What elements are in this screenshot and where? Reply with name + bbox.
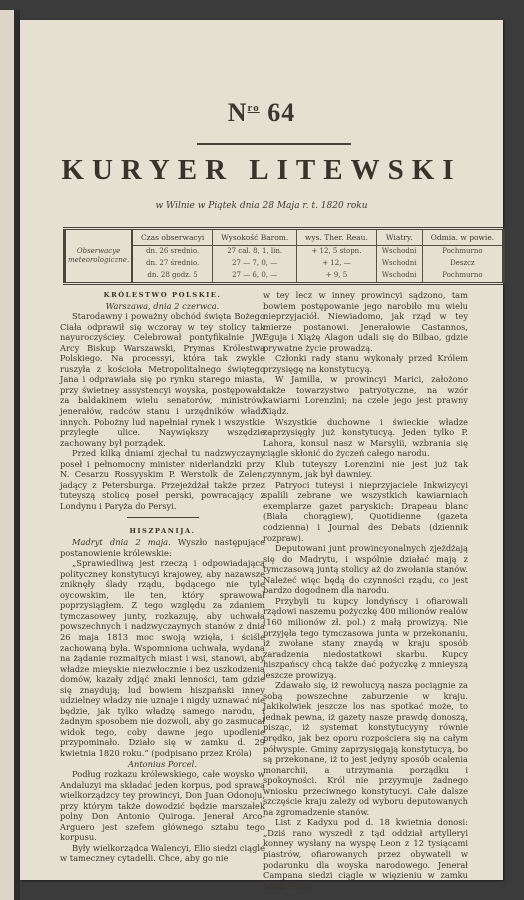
weather-cell: 27 — 6, 0, — [213, 270, 297, 282]
article-paragraph: Klub tuteyszy Lorenzini nie jest już tak… [263, 459, 468, 480]
signature: Antonius Porcel. [60, 759, 265, 770]
weather-cell: dn. 26 srednio. [132, 245, 212, 258]
weather-header: Wysokość Barom. [213, 230, 297, 245]
weather-cell: 27 cal. 8, 1, lin. [213, 245, 297, 258]
masthead-rule [197, 143, 351, 145]
article-paragraph: Starodawny i poważny obchód święta Bożeg… [60, 311, 265, 448]
weather-header: wys. Ther. Reau. [297, 230, 376, 245]
left-column: KRÓLESTWO POLSKIE. Warszawa, dnia 2 czer… [60, 290, 265, 864]
article-paragraph: Madryt dnia 2 maja. Wyszło następujące p… [60, 537, 265, 558]
weather-header: Odmia. w powie. [422, 230, 503, 245]
weather-cell: + 9, 5 [297, 270, 376, 282]
weather-cell: Wschodni [376, 270, 422, 282]
weather-cell: Wschodni [376, 258, 422, 270]
article-paragraph: w tey lecz w inney prowincyi sądzono, ta… [263, 290, 468, 353]
weather-cell: 27 — 7, 0, — [213, 258, 297, 270]
article-paragraph: Patryoci tuteysi i nieprzyjaciele Inkwiz… [263, 480, 468, 543]
weather-header: Wiatry. [376, 230, 422, 245]
article-paragraph: W Jamilla, w prowincyi Marici, założono … [263, 374, 468, 416]
weather-table: Obserwacye meteorologiczne. Czas obserwa… [63, 227, 505, 285]
masthead-title: KURYER LITEWSKI [20, 154, 503, 187]
weather-cell: dn. 28 godz. 5 [132, 270, 212, 282]
masthead-dateline: w Wilnie w Piątek dnia 28 Maja r. t. 182… [20, 201, 503, 211]
article-paragraph: Podług rozkazu królewskiego, całe woysko… [60, 769, 265, 843]
weather-cell: + 12, 5 stopn. [297, 245, 376, 258]
section-dateline-warsaw: Warszawa, dnia 2 czerwca. [60, 301, 265, 312]
issue-number-value: 64 [267, 98, 295, 127]
article-paragraph: Członki rady stanu wykonały przed Królem… [263, 353, 468, 374]
section-heading-poland: KRÓLESTWO POLSKIE. [60, 290, 265, 301]
article-paragraph: Deputowani junt prowincyonalnych zjeżdża… [263, 543, 468, 596]
issue-prefix: N [228, 98, 248, 127]
madrid-dateline: Madryt dnia 2 maja. [72, 537, 171, 547]
weather-cell: Pochmurno [422, 270, 503, 282]
issue-prefix-sup: ro [248, 102, 260, 114]
weather-cell: Deszcz [422, 258, 503, 270]
weather-cell: + 12, — [297, 258, 376, 270]
issue-number: Nro 64 [20, 98, 503, 128]
article-paragraph: List z Kadyxu pod d. 18 kwietnia donosi:… [263, 817, 468, 891]
article-paragraph: Przed kilką dniami zjechał tu nadzwyczay… [60, 448, 265, 511]
article-paragraph: Przybyli tu kupcy londyńscy i ofiarowali… [263, 596, 468, 680]
newspaper-page: Nro 64 KURYER LITEWSKI w Wilnie w Piątek… [20, 20, 503, 880]
article-paragraph: Wszystkie duchowne i świeckie władze zap… [263, 417, 468, 459]
adjacent-page-edge [0, 10, 14, 900]
article-paragraph: Zdawało się, iż rewolucyą nasza pociągni… [263, 680, 468, 817]
weather-cell: Pochmurno [422, 245, 503, 258]
right-column: w tey lecz w inney prowincyi sądzono, ta… [263, 290, 468, 891]
section-heading-spain: HISZPANIJA. [60, 526, 265, 537]
weather-label: Obserwacye meteorologiczne. [65, 230, 133, 282]
weather-header: Czas obserwacyi [132, 230, 212, 245]
article-paragraph: Były wielkorządca Walencyi, Elio siedzi … [60, 843, 265, 864]
weather-cell: Wschodni [376, 245, 422, 258]
weather-cell: dn. 27 średnio. [132, 258, 212, 270]
section-divider [127, 517, 199, 518]
article-paragraph: „Sprawiedliwą jest rzeczą i odpowiadając… [60, 558, 265, 758]
